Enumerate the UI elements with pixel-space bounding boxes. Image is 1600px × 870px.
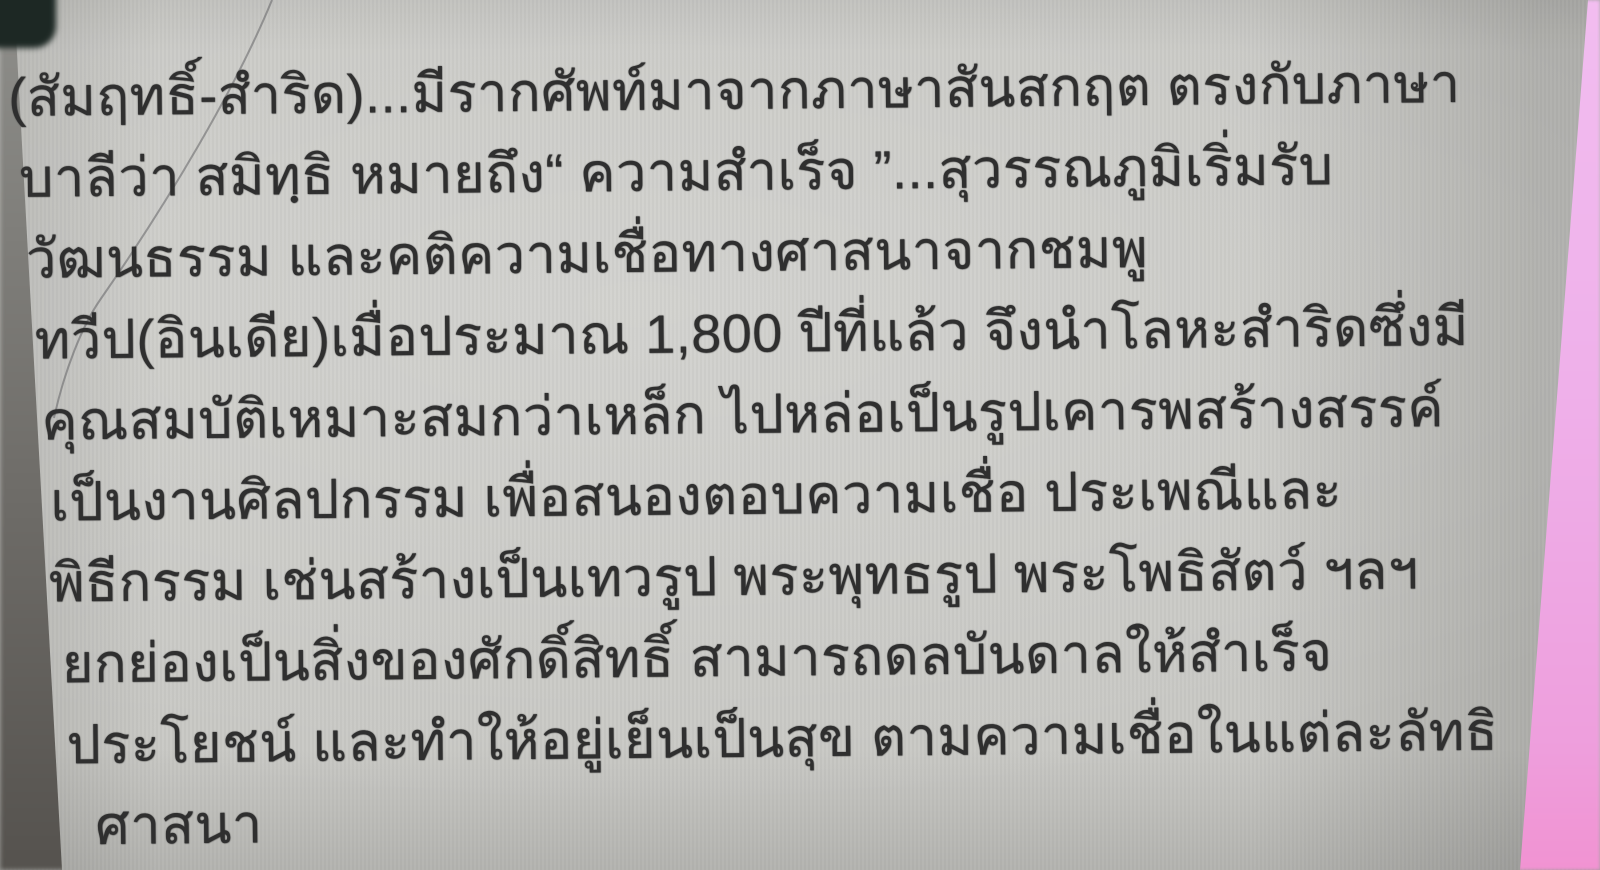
photographed-screen: (สัมฤทธิ์-สำริด)...มีรากศัพท์มาจากภาษาสั… xyxy=(0,0,1600,870)
text-line: คุณสมบัติเหมาะสมกว่าเหล็ก ไปหล่อเป็นรูปเ… xyxy=(41,367,1564,463)
thai-paragraph: (สัมฤทธิ์-สำริด)...มีรากศัพท์มาจากภาษาสั… xyxy=(0,43,1568,868)
text-line: ยกย่องเป็นสิ่งของศักดิ์สิทธิ์ สามารถดลบั… xyxy=(61,610,1566,705)
screen-top-left-dark-corner xyxy=(0,0,56,48)
text-line: ศาสนา xyxy=(95,772,1568,867)
text-line: (สัมฤทธิ์-สำริด)...มีรากศัพท์มาจากภาษาสั… xyxy=(8,43,1561,139)
text-line: เป็นงานศิลปกรรม เพื่อสนองตอบความเชื่อ ปร… xyxy=(50,448,1565,544)
text-line: วัฒนธรรม และคติความเชื่อทางศาสนาจากชมพู xyxy=(26,205,1563,301)
text-line: ประโยชน์ และทำให้อยู่เย็นเป็นสุข ตามความ… xyxy=(66,691,1567,786)
text-line: พิธีกรรม เช่นสร้างเป็นเทวรูป พระพุทธรูป … xyxy=(49,529,1566,625)
text-line: ทวีป(อินเดีย)เมื่อประมาณ 1,800 ปีที่แล้ว… xyxy=(34,286,1563,382)
text-line: บาลีว่า สมิทฺธิ หมายถึง“ ความสำเร็จ ”...… xyxy=(19,124,1562,220)
